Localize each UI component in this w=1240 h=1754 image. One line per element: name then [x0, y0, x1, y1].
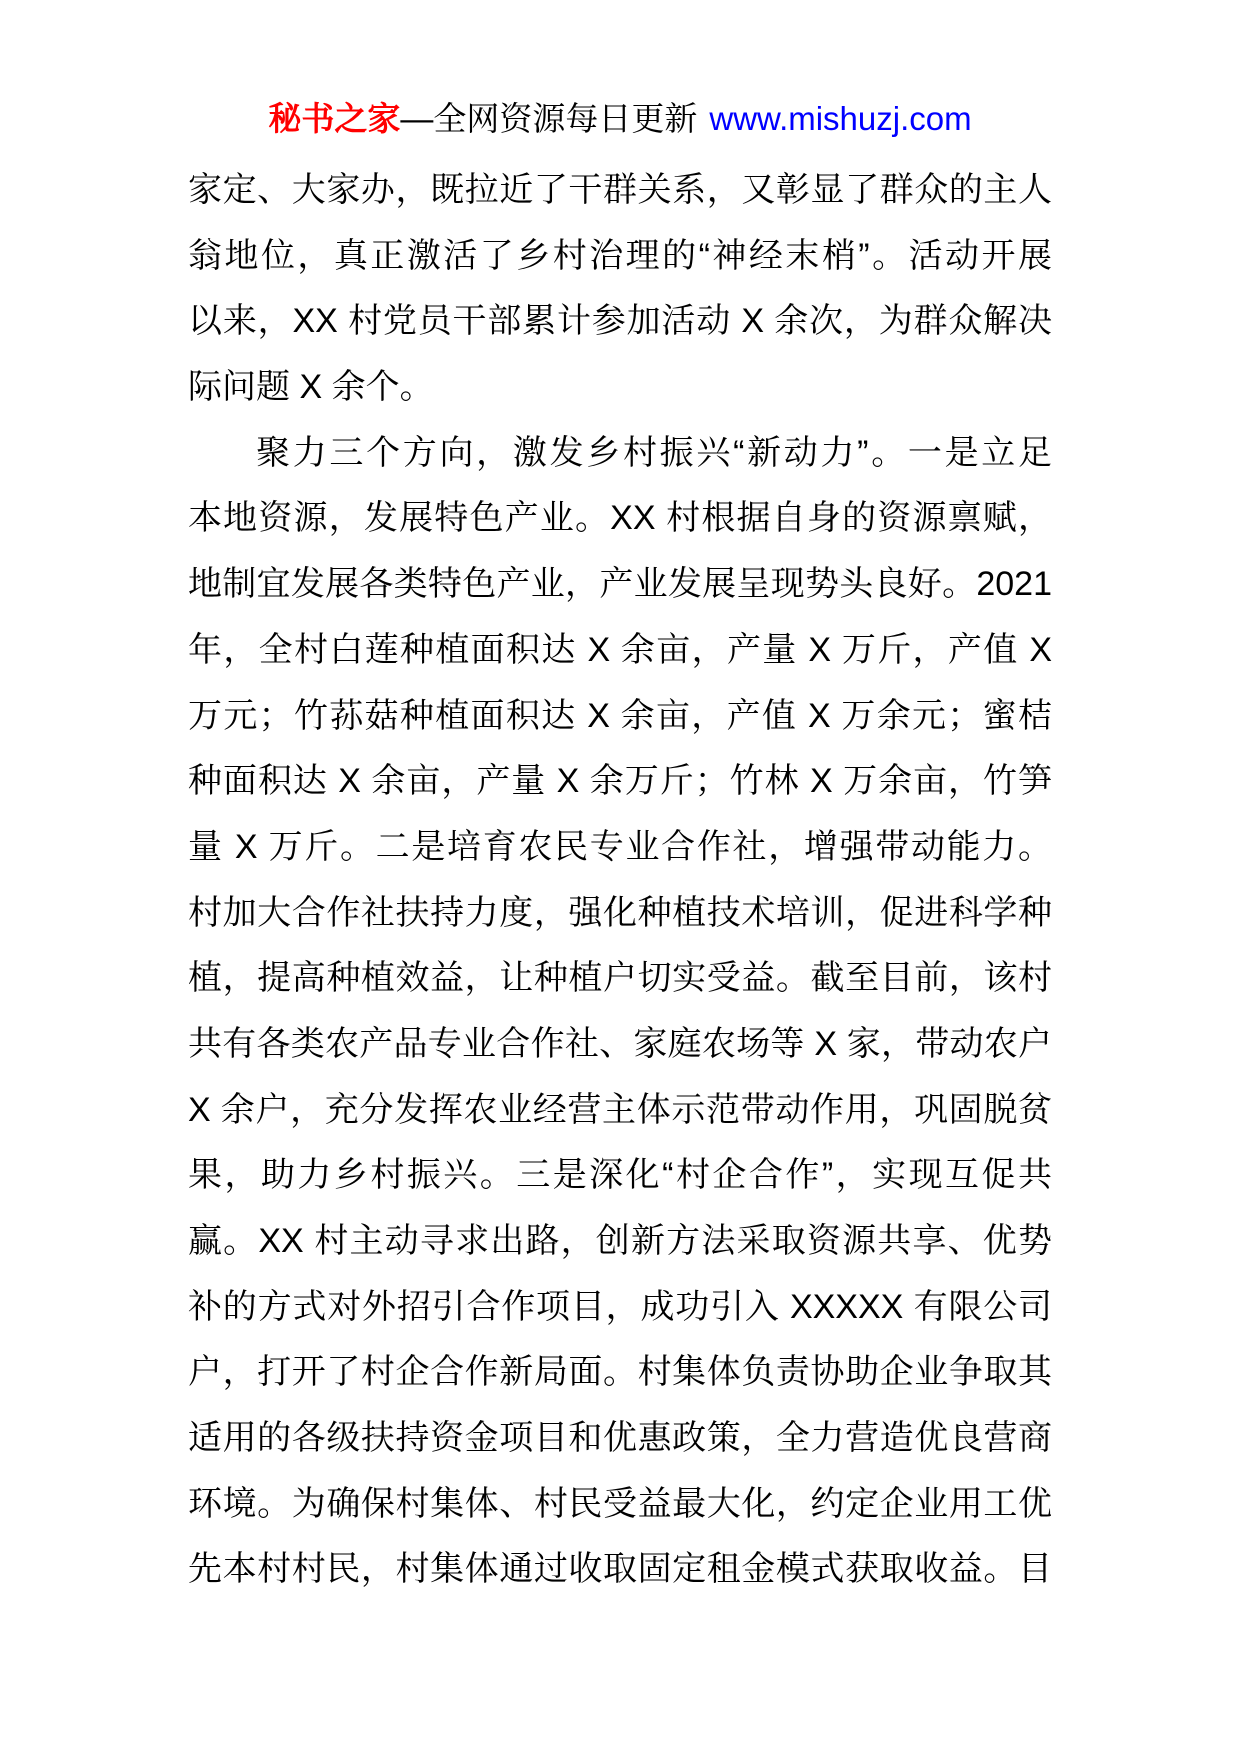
- document-body: 家定、大家办，既拉近了干群关系，又彰显了群众的主人翁地位，真正激活了乡村治理的“…: [188, 158, 1052, 1603]
- text-line: 以来，XX 村党员干部累计参加活动 X 余次，为群众解决实: [188, 289, 1052, 355]
- text-line: 万元；竹荪菇种植面积达 X 余亩，产值 X 万余元；蜜桔栽: [188, 684, 1052, 750]
- text-line: 共有各类农产品专业合作社、家庭农场等 X 家，带动农户: [188, 1012, 1052, 1078]
- text-line: 先本村村民，村集体通过收取固定租金模式获取收益。目: [188, 1537, 1052, 1603]
- header-separator: —: [400, 100, 433, 137]
- text-line: X 余户，充分发挥农业经营主体示范带动作用，巩固脱贫成: [188, 1078, 1052, 1144]
- site-tagline: 全网资源每日更新: [433, 100, 697, 137]
- site-brand: 秘书之家: [268, 100, 400, 137]
- text-line: 本地资源，发展特色产业。XX 村根据自身的资源禀赋，因: [188, 486, 1052, 552]
- text-line: 适用的各级扶持资金项目和优惠政策，全力营造优良营商: [188, 1406, 1052, 1472]
- text-line: 种面积达 X 余亩，产量 X 余万斤；竹林 X 万余亩，竹笋产: [188, 749, 1052, 815]
- paragraph: 家定、大家办，既拉近了干群关系，又彰显了群众的主人翁地位，真正激活了乡村治理的“…: [188, 158, 1052, 421]
- text-line: 家定、大家办，既拉近了干群关系，又彰显了群众的主人: [188, 158, 1052, 224]
- text-line: 果，助力乡村振兴。三是深化“村企合作”，实现互促共: [188, 1143, 1052, 1209]
- text-line: 户，打开了村企合作新局面。村集体负责协助企业争取其: [188, 1340, 1052, 1406]
- text-line: 补的方式对外招引合作项目，成功引入 XXXXX 有限公司落: [188, 1275, 1052, 1341]
- text-line: 植，提高种植效益，让种植户切实受益。截至目前，该村: [188, 946, 1052, 1012]
- text-line: 际问题 X 余个。: [188, 355, 1052, 421]
- text-line: 村加大合作社扶持力度，强化种植技术培训，促进科学种: [188, 881, 1052, 947]
- paragraph: 聚力三个方向，激发乡村振兴“新动力”。一是立足本地资源，发展特色产业。XX 村根…: [188, 421, 1052, 1603]
- text-line: 环境。为确保村集体、村民受益最大化，约定企业用工优: [188, 1472, 1052, 1538]
- text-line: 量 X 万斤。二是培育农民专业合作社，增强带动能力。XX: [188, 815, 1052, 881]
- text-line: 年，全村白莲种植面积达 X 余亩，产量 X 万斤，产值 X 余: [188, 618, 1052, 684]
- site-header: 秘书之家—全网资源每日更新www.mishuzj.com: [0, 98, 1240, 140]
- site-url[interactable]: www.mishuzj.com: [709, 100, 971, 137]
- text-line: 聚力三个方向，激发乡村振兴“新动力”。一是立足: [188, 421, 1052, 487]
- text-line: 翁地位，真正激活了乡村治理的“神经末梢”。活动开展: [188, 224, 1052, 290]
- document-page: 秘书之家—全网资源每日更新www.mishuzj.com 家定、大家办，既拉近了…: [0, 0, 1240, 1754]
- text-line: 赢。XX 村主动寻求出路，创新方法采取资源共享、优势互: [188, 1209, 1052, 1275]
- text-line: 地制宜发展各类特色产业，产业发展呈现势头良好。2021: [188, 552, 1052, 618]
